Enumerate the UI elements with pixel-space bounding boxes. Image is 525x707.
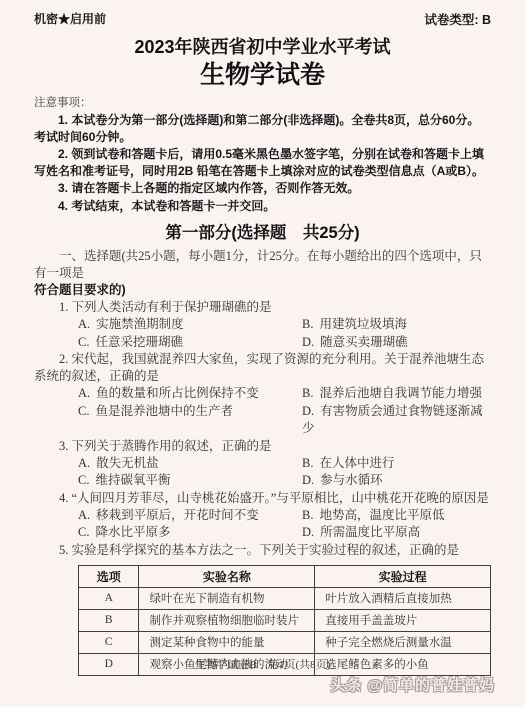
question-3: 3. 下列关于蒸腾作用的叙述，正确的是 A.散失无机盐 B.在人体中进行 C.维… — [34, 438, 491, 490]
header-meta-row: 机密★启用前 试卷类型: B — [34, 10, 491, 28]
question-1-option-a: A.实施禁渔期制度 — [78, 316, 302, 334]
question-3-stem: 3. 下列关于蒸腾作用的叙述，正确的是 — [34, 438, 491, 455]
question-1-stem: 1. 下列人类活动有利于保护珊瑚礁的是 — [34, 299, 491, 316]
paper-title: 生物学试卷 — [34, 60, 491, 90]
question-4: 4. “人间四月芳菲尽，山寺桃花始盛开。”与平原相比，山中桃花开花晚的原因是 A… — [34, 490, 491, 542]
paper-type-label: 试卷类型: B — [424, 10, 491, 28]
question-5-stem: 5. 实验是科学探究的基本方法之一。下列关于实验过程的叙述，正确的是 — [34, 542, 491, 559]
question-4-options: A.移栽到平原后，开花时间不变 B.地势高，温度比平原低 C.降水比平原多 D.… — [34, 507, 491, 542]
question-2-option-c: C.鱼是混养池塘中的生产者 — [78, 403, 302, 438]
notice-item-1: 1. 本试卷分为第一部分(选择题)和第二部分(非选择题)。全卷共8页，总分60分… — [34, 112, 491, 145]
notice-item-3: 3. 请在答题卡上各题的指定区域内作答，否则作答无效。 — [34, 180, 491, 197]
question-4-option-b: B.地势高，温度比平原低 — [302, 507, 491, 525]
question-4-option-a: A.移栽到平原后，开花时间不变 — [78, 507, 302, 525]
table-row: C 测定某种食物中的能量 种子完全燃烧后测量水温 — [79, 631, 491, 653]
table-header-experiment-process: 实验过程 — [315, 565, 491, 587]
section-intro: 一、选择题(共25小题，每小题1分，计25分。在每小题给出的四个选项中，只有一项… — [34, 248, 491, 299]
question-1-option-b: B.用建筑垃圾填海 — [302, 316, 491, 334]
notice-label: 注意事项： — [34, 96, 491, 110]
notice-item-4: 4. 考试结束，本试卷和答题卡一并交回。 — [34, 198, 491, 215]
question-3-option-b: B.在人体中进行 — [302, 455, 491, 473]
confidential-label: 机密★启用前 — [34, 10, 106, 27]
question-3-option-a: A.散失无机盐 — [78, 455, 302, 473]
section-heading: 第一部分(选择题 共25分) — [34, 222, 491, 244]
notice-section: 注意事项： 1. 本试卷分为第一部分(选择题)和第二部分(非选择题)。全卷共8页… — [34, 96, 491, 214]
intro-line-1: 一、选择题(共25小题，每小题1分，计25分。在每小题给出的四个选项中，只有一项… — [34, 248, 491, 282]
question-4-option-d: D.所需温度比平原高 — [302, 524, 491, 542]
question-1: 1. 下列人类活动有利于保护珊瑚礁的是 A.实施禁渔期制度 B.用建筑垃圾填海 … — [34, 299, 491, 351]
question-2-options: A.鱼的数量和所占比例保持不变 B.混养后池塘自我调节能力增强 C.鱼是混养池塘… — [34, 385, 491, 438]
question-2-option-a: A.鱼的数量和所占比例保持不变 — [78, 385, 302, 403]
question-1-option-d: D.随意买卖珊瑚礁 — [302, 334, 491, 352]
question-1-option-c: C.任意采挖珊瑚礁 — [78, 334, 302, 352]
table-header-option: 选项 — [79, 565, 139, 587]
table-header-experiment-name: 实验名称 — [139, 565, 315, 587]
exam-title: 2023年陕西省初中学业水平考试 — [34, 36, 491, 58]
question-3-options: A.散失无机盐 B.在人体中进行 C.维持碳氧平衡 D.参与水循环 — [34, 455, 491, 490]
table-row: A 绿叶在光下制造有机物 叶片放入酒精后直接加热 — [79, 587, 491, 609]
intro-line-2: 符合题目要求的) — [34, 282, 491, 299]
question-2: 2. 宋代起，我国就混养四大家鱼，实现了资源的充分利用。关于混养池塘生态系统的叙… — [34, 351, 491, 438]
question-3-option-d: D.参与水循环 — [302, 472, 491, 490]
notice-item-2: 2. 领到试卷和答题卡后，请用0.5毫米黑色墨水签字笔，分别在试卷和答题卡上填写… — [34, 146, 491, 179]
question-5: 5. 实验是科学探究的基本方法之一。下列关于实验过程的叙述，正确的是 — [34, 542, 491, 559]
question-4-stem: 4. “人间四月芳菲尽，山寺桃花始盛开。”与平原相比，山中桃花开花晚的原因是 — [34, 490, 491, 507]
experiment-table-header-row: 选项 实验名称 实验过程 — [79, 565, 491, 587]
question-3-option-c: C.维持碳氧平衡 — [78, 472, 302, 490]
question-2-option-d: D.有害物质会通过食物链逐渐减少 — [302, 403, 491, 438]
exam-paper-page: 机密★启用前 试卷类型: B 2023年陕西省初中学业水平考试 生物学试卷 注意… — [0, 0, 525, 707]
table-row: B 制作并观察植物细胞临时装片 直接用手盖盖玻片 — [79, 609, 491, 631]
question-4-option-c: C.降水比平原多 — [78, 524, 302, 542]
question-1-options: A.实施禁渔期制度 B.用建筑垃圾填海 C.任意采挖珊瑚礁 D.随意买卖珊瑚礁 — [34, 316, 491, 351]
page-footer: 生物学试卷B 第1页(共8页) — [0, 656, 525, 672]
question-2-option-b: B.混养后池塘自我调节能力增强 — [302, 385, 491, 403]
watermark: 头条 @简单的普娃普妈 — [330, 674, 495, 695]
question-2-stem: 2. 宋代起，我国就混养四大家鱼，实现了资源的充分利用。关于混养池塘生态系统的叙… — [34, 351, 491, 385]
